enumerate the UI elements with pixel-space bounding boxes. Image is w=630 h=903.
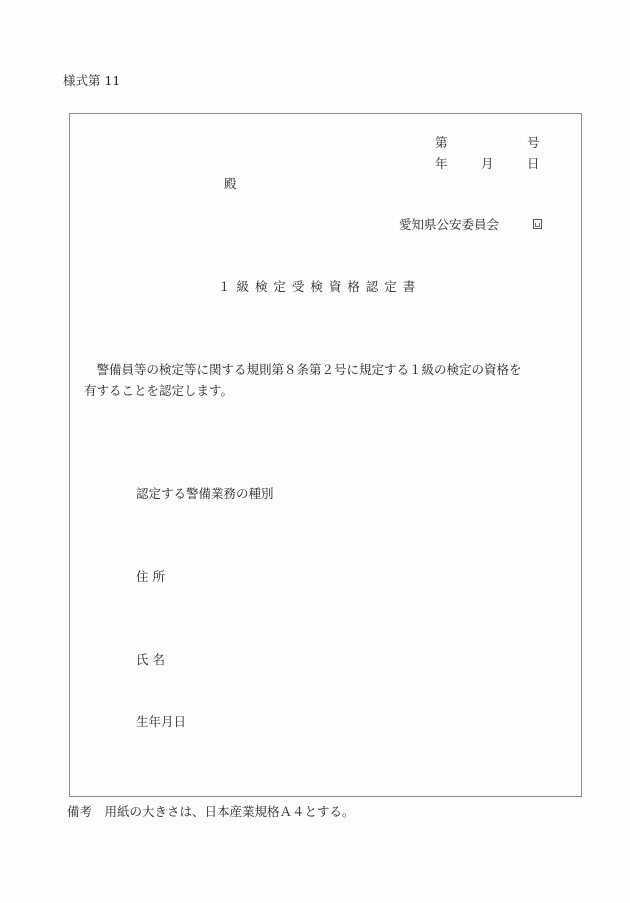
field-label-address: 住 所: [136, 567, 165, 585]
field-label-name: 氏 名: [136, 650, 165, 668]
date-month: 月: [481, 154, 494, 172]
form-number: 様式第 11: [63, 71, 120, 89]
date-day: 日: [527, 154, 540, 172]
body-line-1: 警備員等の検定等に関する規則第８条第２号に規定する１級の検定の資格を: [84, 359, 564, 380]
number-suffix: 号: [527, 133, 540, 151]
body-line-2: 有することを認定します。: [84, 380, 564, 401]
footer-note: 備考 用紙の大きさは、日本産業規格Ａ４とする。: [67, 802, 355, 820]
issuer-name: 愛知県公安委員会: [399, 215, 499, 233]
field-label-security-type: 認定する警備業務の種別: [136, 484, 274, 502]
seal-icon: [533, 217, 542, 232]
date-year: 年: [435, 154, 448, 172]
field-label-birthdate: 生年月日: [136, 712, 186, 730]
number-prefix: 第: [435, 133, 448, 151]
certificate-body: 警備員等の検定等に関する規則第８条第２号に規定する１級の検定の資格を 有すること…: [84, 359, 564, 401]
certificate-title: １ 級 検 定 受 検 資 格 認 定 書: [218, 277, 416, 295]
recipient-honorific: 殿: [224, 174, 237, 192]
certificate-frame: [69, 113, 582, 797]
